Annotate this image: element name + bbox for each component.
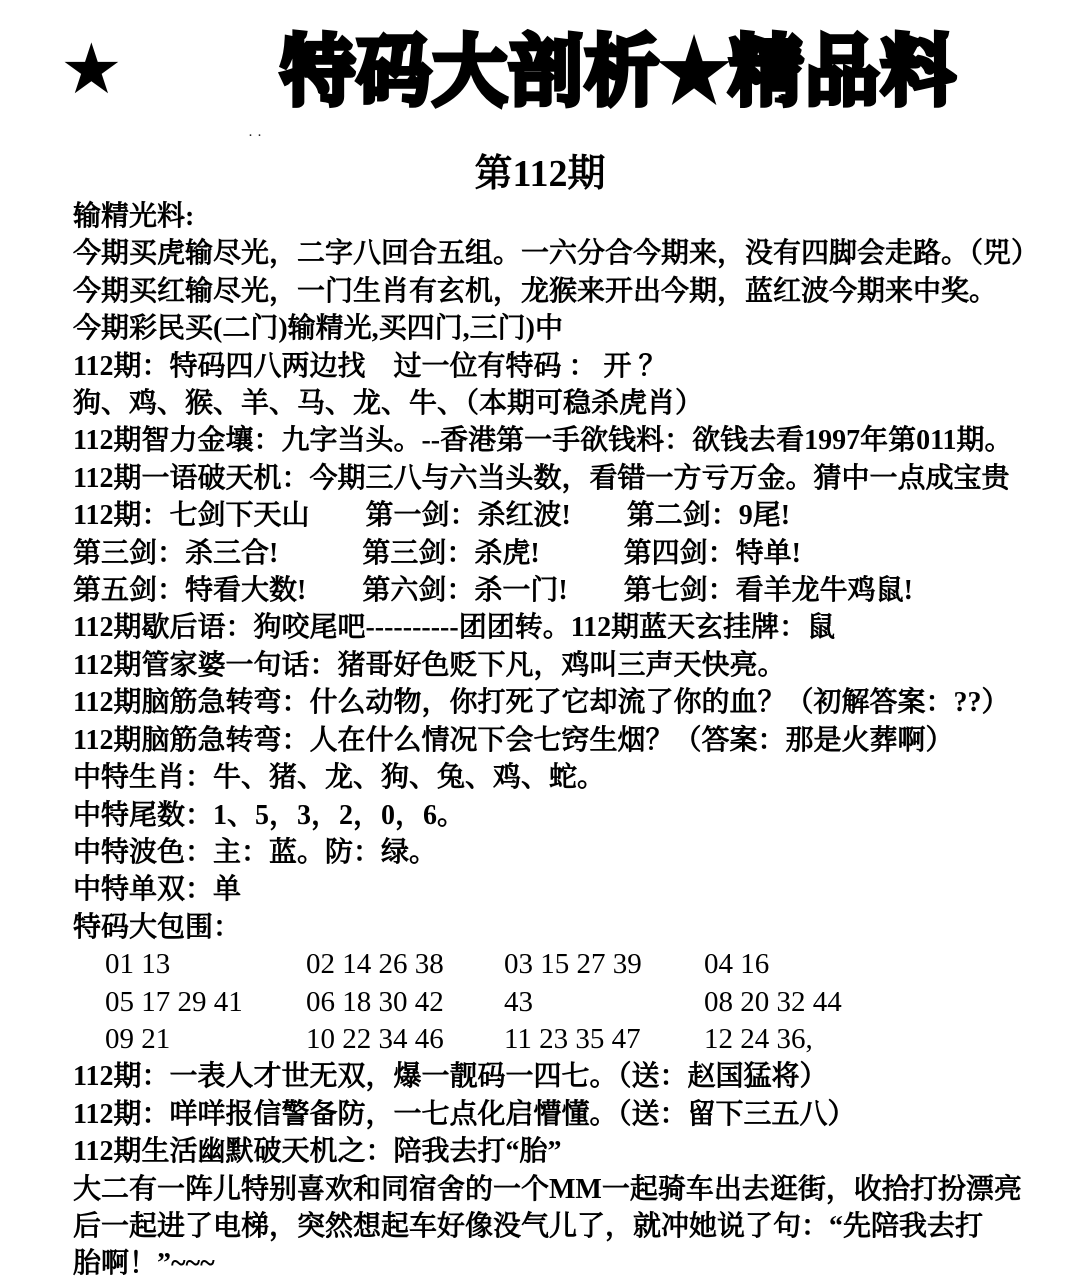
text-line-grid-label: 特码大包围： — [73, 909, 1065, 946]
text-line-riddle-1: 112期脑筋急转弯：什么动物，你打死了它却流了你的血？（初解答案：??） — [73, 684, 1065, 721]
number-cell: 06 18 30 42 — [306, 984, 504, 1021]
text-line-zhongte-tails: 中特尾数：1、5，3，2，0，6。 — [73, 797, 1065, 834]
ink-specks: ·· — [248, 128, 266, 145]
text-line-swords-3: 第五剑：特看大数! 第六剑：杀一门! 第七剑：看羊龙牛鸡鼠! — [73, 572, 1065, 609]
text-line-tiger-tip: 今期买虎输尽光，二字八回合五组。一六分合今期来，没有四脚会走路。（兕） — [73, 235, 1065, 272]
text-line-humor-body-1: 大二有一阵儿特别喜欢和同宿舍的一个MM一起骑车出去逛街，收拾打扮漂亮 — [73, 1171, 1065, 1208]
text-line-zhongte-zodiac: 中特生肖：牛、猪、龙、狗、兔、鸡、蛇。 — [73, 759, 1065, 796]
text-line-zodiac-list: 狗、鸡、猴、羊、马、龙、牛、（本期可稳杀虎肖） — [73, 385, 1065, 422]
number-cell: 12 24 36, — [704, 1021, 1065, 1058]
number-cell: 11 23 35 47 — [504, 1021, 704, 1058]
text-line-humor-body-3: 胎啊！”~~~ — [73, 1245, 1065, 1282]
document-page: ★ 特码大剖析★精品料 ·· 第112期 输精光料: 今期买虎输尽光，二字八回合… — [0, 0, 1080, 1285]
number-cell: 09 21 — [105, 1021, 306, 1058]
text-line-zhongte-oddeven: 中特单双：单 — [73, 871, 1065, 908]
text-line-swords-2: 第三剑：杀三合! 第三剑：杀虎! 第四剑：特单! — [73, 535, 1065, 572]
text-line-swords-1: 112期：七剑下天山 第一剑：杀红波! 第二剑：9尾! — [73, 497, 1065, 534]
page-title: 特码大剖析★精品料 — [238, 22, 1000, 122]
text-line-poem-1: 112期：一表人才世无双，爆一靓码一四七。（送：赵国猛将） — [73, 1058, 1065, 1095]
number-cell: 01 13 — [105, 946, 306, 983]
number-cell: 08 20 32 44 — [704, 984, 1065, 1021]
text-line-xiehouyu: 112期歇后语：狗咬尾吧----------团团转。112期蓝天玄挂牌：鼠 — [73, 609, 1065, 646]
number-cell: 10 22 34 46 — [306, 1021, 504, 1058]
number-cell: 43 — [504, 984, 704, 1021]
number-cell: 04 16 — [704, 946, 1065, 983]
text-line-riddle-2: 112期脑筋急转弯：人在什么情况下会七窍生烟？（答案：那是火葬啊） — [73, 722, 1065, 759]
text-line-zhongte-color: 中特波色：主：蓝。防：绿。 — [73, 834, 1065, 871]
number-cell: 03 15 27 39 — [504, 946, 704, 983]
text-line-humor-body-2: 后一起进了电梯，突然想起车好像没气儿了，就冲她说了句：“先陪我去打 — [73, 1208, 1065, 1245]
text-line-poem-2: 112期：咩咩报信警备防，一七点化启懵懂。（送：留下三五八） — [73, 1096, 1065, 1133]
text-line-intro-label: 输精光料: — [73, 198, 1065, 235]
number-cell: 02 14 26 38 — [306, 946, 504, 983]
text-line-gate-tip: 今期彩民买(二门)输精光,买四门,三门)中 — [73, 310, 1065, 347]
number-grid: 01 13 02 14 26 38 03 15 27 39 04 16 05 1… — [73, 946, 1065, 1058]
text-line-red-tip: 今期买红输尽光，一门生肖有玄机，龙猴来开出今期，蓝红波今期来中奖。 — [73, 273, 1065, 310]
issue-number: 第112期 — [0, 150, 1080, 198]
number-cell: 05 17 29 41 — [105, 984, 306, 1021]
text-line-code-hint: 112期：特码四八两边找 过一位有特码 ： 开 ？ — [73, 348, 1065, 385]
text-line-secret-tip: 112期一语破天机：今期三八与六当头数，看错一方亏万金。猜中一点成宝贵 — [73, 460, 1065, 497]
text-line-humor-title: 112期生活幽默破天机之：陪我去打“胎” — [73, 1133, 1065, 1170]
text-line-wisdom-tip: 112期智力金壤：九字当头。--香港第一手欲钱料：欲钱去看1997年第011期。 — [73, 422, 1065, 459]
star-icon: ★ — [60, 34, 123, 104]
text-line-guanjiapo: 112期管家婆一句话：猪哥好色贬下凡，鸡叫三声天快亮。 — [73, 647, 1065, 684]
document-body: 输精光料: 今期买虎输尽光，二字八回合五组。一六分合今期来，没有四脚会走路。（兕… — [73, 198, 1065, 1283]
